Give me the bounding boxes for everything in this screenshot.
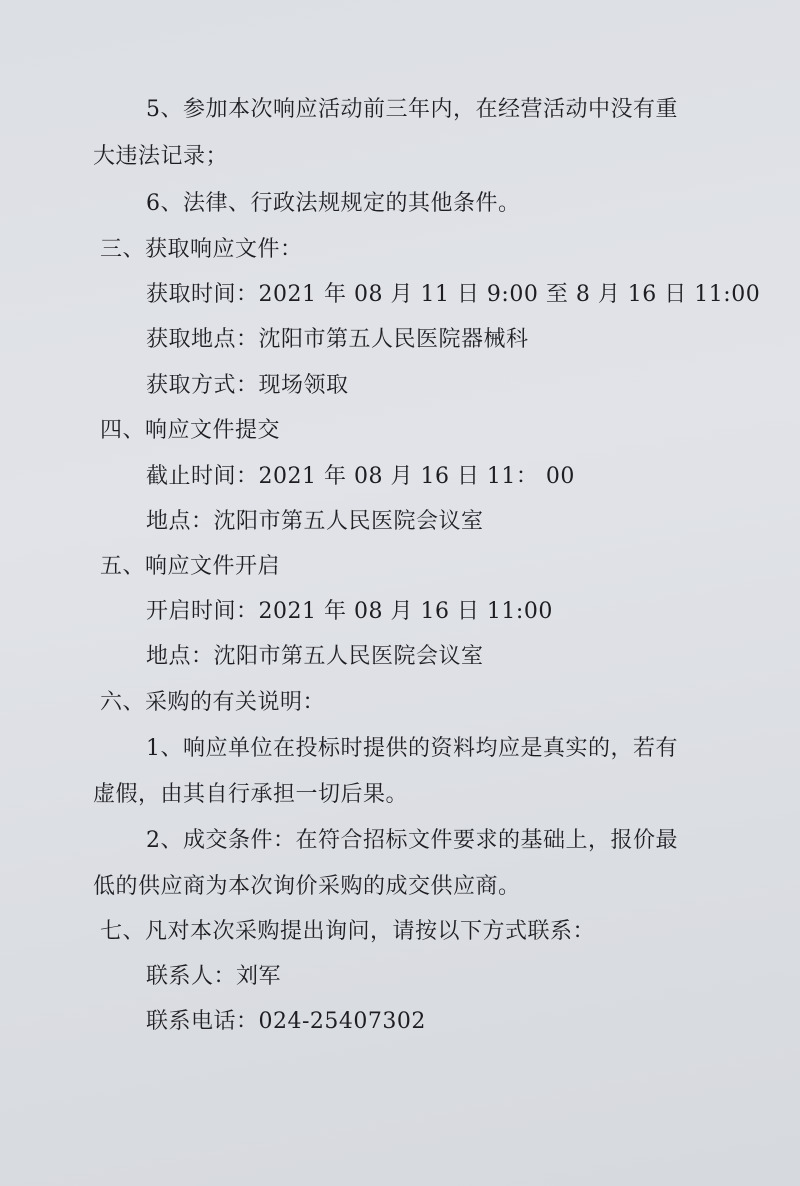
note-1-continued: 虚假，由其自行承担一切后果。	[93, 781, 408, 809]
section-6-heading: 六、采购的有关说明：	[100, 689, 325, 717]
item-5-requirement: 5、参加本次响应活动前三年内，在经营活动中没有重	[146, 96, 678, 124]
note-1: 1、响应单位在投标时提供的资料均应是真实的，若有	[146, 735, 678, 763]
document-page: 5、参加本次响应活动前三年内，在经营活动中没有重 大违法记录； 6、法律、行政法…	[0, 0, 800, 1186]
submit-deadline: 截止时间：2021 年 08 月 16 日 11： 00	[146, 463, 575, 491]
note-2: 2、成交条件：在符合招标文件要求的基础上，报价最	[146, 827, 678, 855]
item-6-requirement: 6、法律、行政法规规定的其他条件。	[146, 190, 521, 218]
item-5-requirement-continued: 大违法记录；	[93, 143, 228, 171]
obtain-time: 获取时间：2021 年 08 月 11 日 9:00 至 8 月 16 日 11…	[146, 281, 760, 309]
section-3-heading: 三、获取响应文件：	[100, 236, 303, 264]
obtain-method: 获取方式：现场领取	[146, 372, 349, 400]
open-time: 开启时间：2021 年 08 月 16 日 11:00	[146, 598, 553, 626]
contact-person: 联系人：刘军	[146, 963, 281, 991]
obtain-location: 获取地点：沈阳市第五人民医院器械科	[146, 326, 529, 354]
contact-phone: 联系电话：024-25407302	[146, 1008, 426, 1036]
open-location: 地点：沈阳市第五人民医院会议室	[146, 643, 484, 671]
note-2-continued: 低的供应商为本次询价采购的成交供应商。	[93, 873, 521, 901]
section-5-heading: 五、响应文件开启	[100, 553, 280, 581]
submit-location: 地点：沈阳市第五人民医院会议室	[146, 508, 484, 536]
section-7-heading: 七、凡对本次采购提出询问，请按以下方式联系：	[100, 918, 595, 946]
section-4-heading: 四、响应文件提交	[100, 417, 280, 445]
